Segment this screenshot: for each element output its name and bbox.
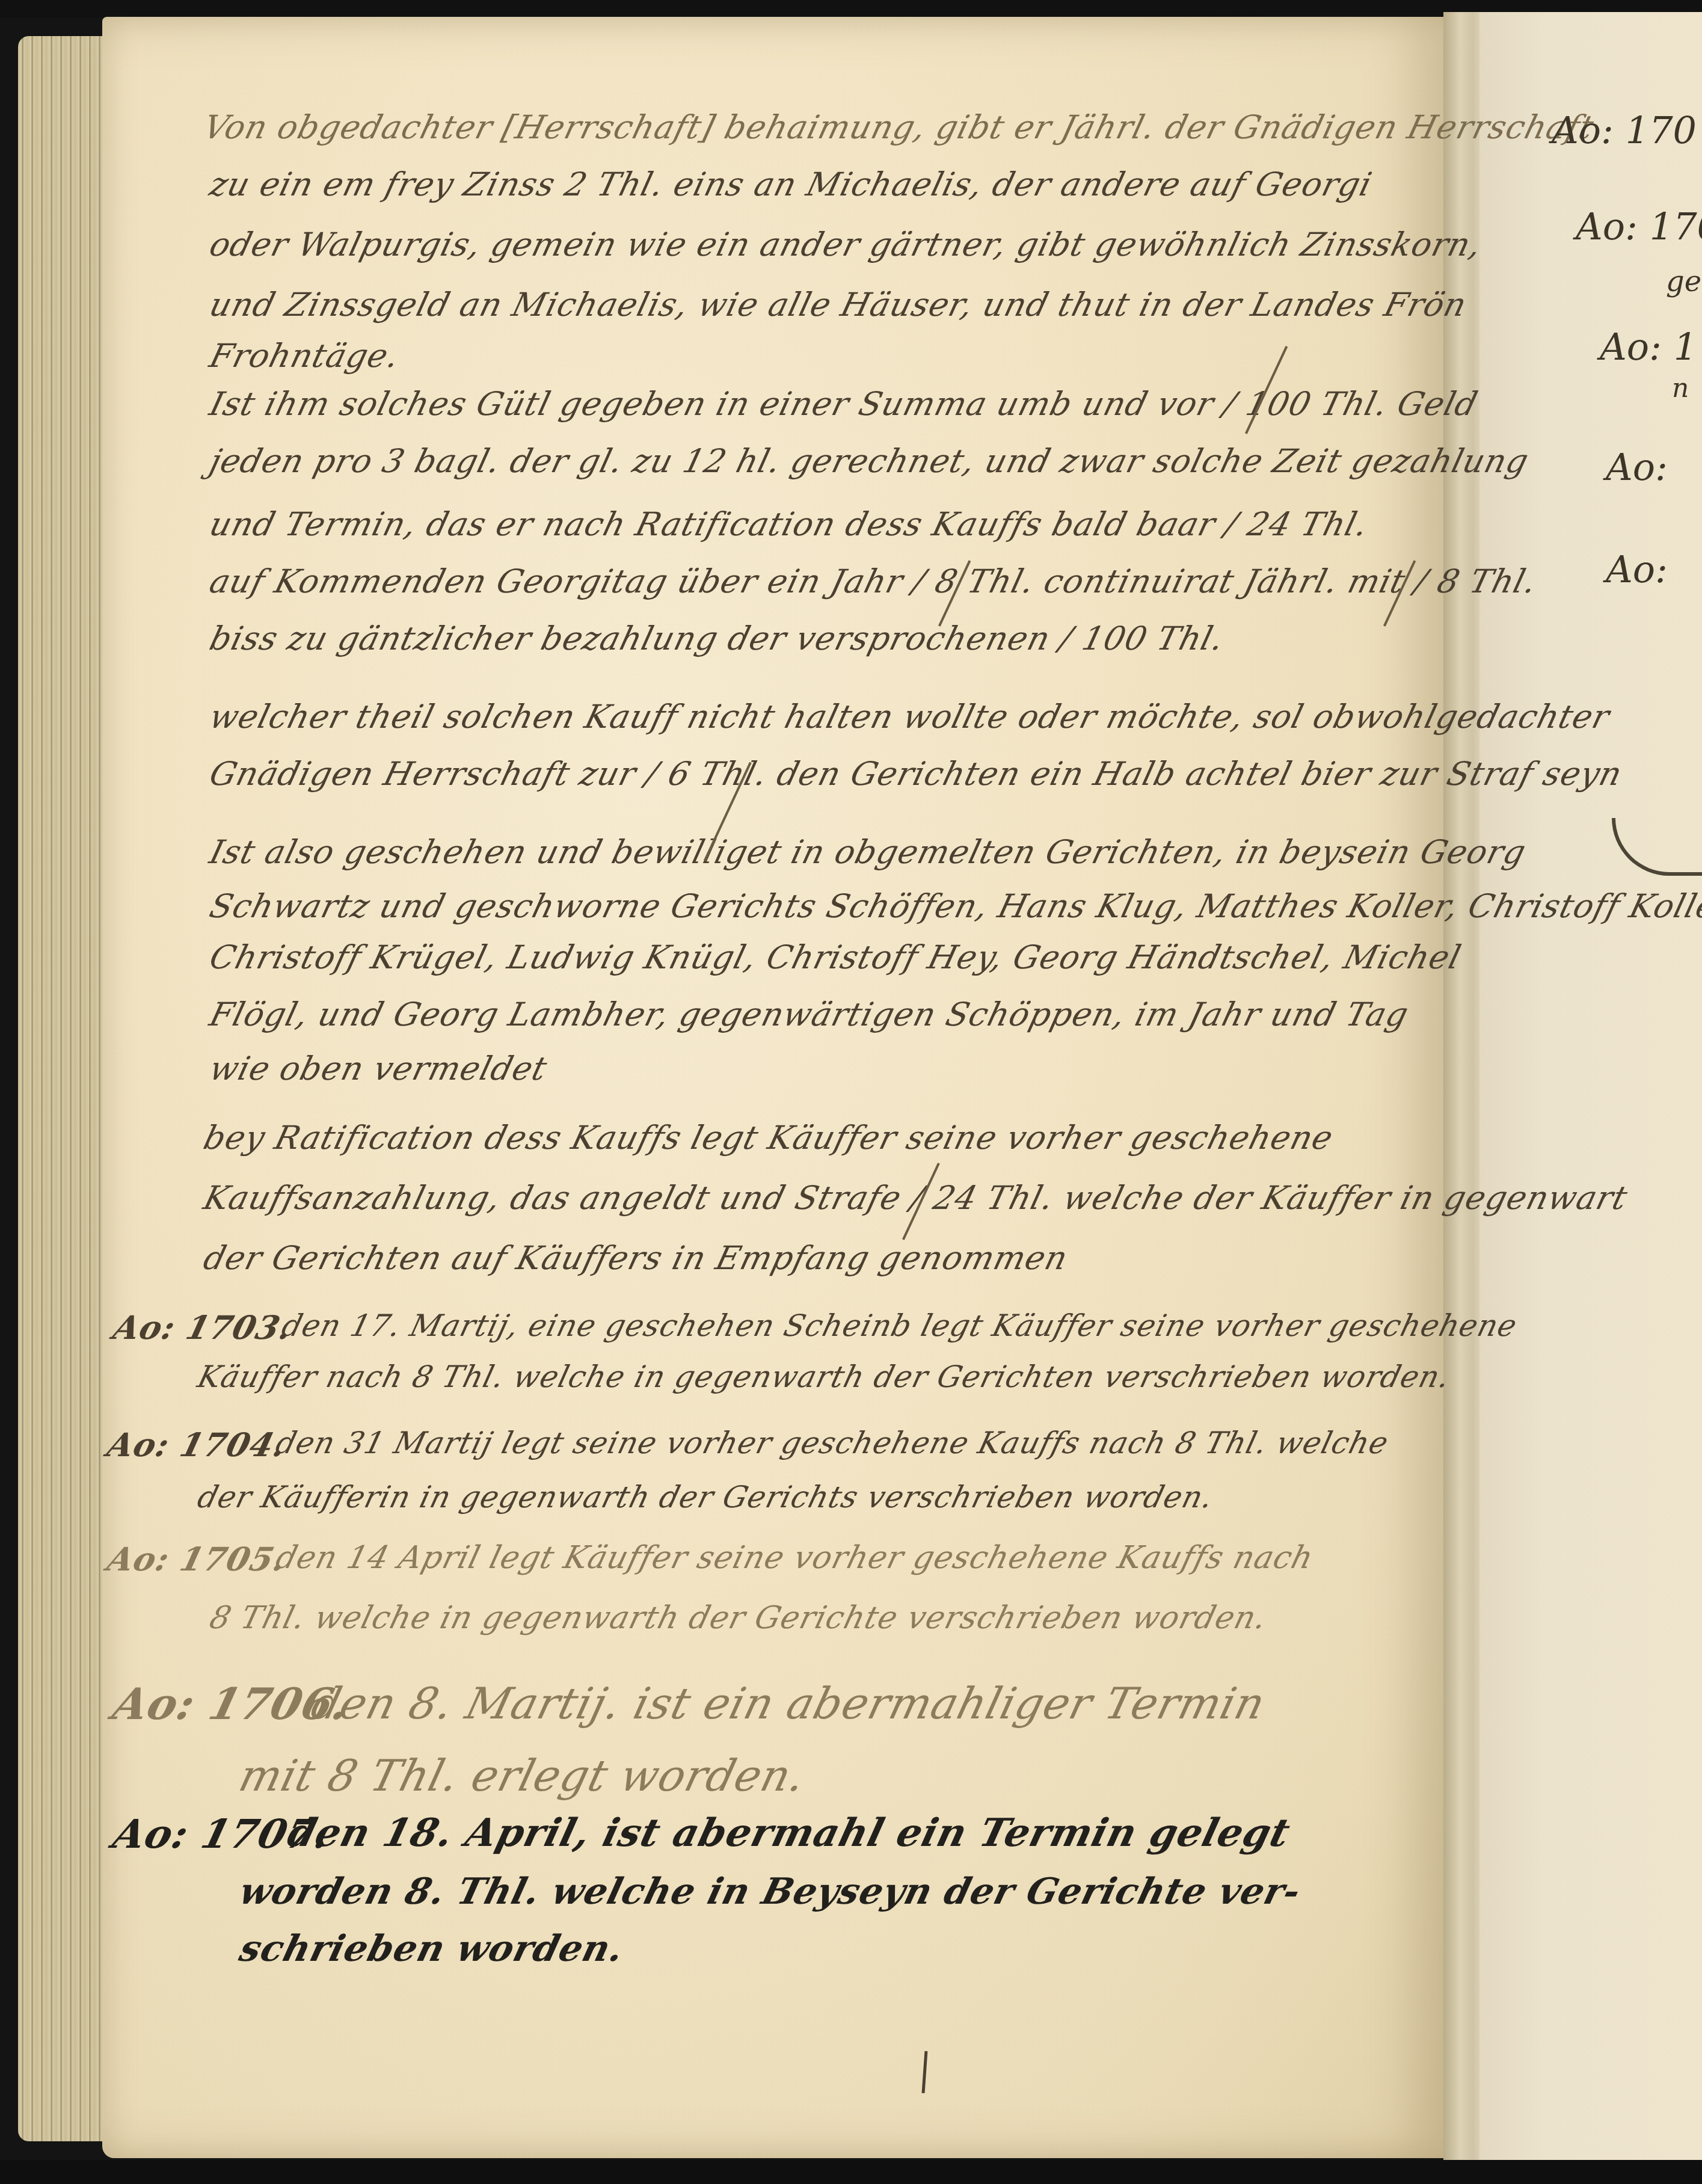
text-line: wie oben vermeldet [206,1050,551,1087]
text-line: Schwartz und geschworne Gerichts Schöffe… [206,887,1702,925]
entry-text: Käuffer nach 8 Thl. welche in gegenwarth… [194,1359,1454,1394]
text-line: oder Walpurgis, gemein wie ein ander gär… [206,226,1485,263]
text-line: welcher theil solchen Kauff nicht halten… [206,698,1614,736]
entry-year-1704: Ao: 1704. [103,1426,290,1464]
right-page-fragment: Ao: 1 [1600,325,1697,369]
entry-text: den 31 Martij legt seine vorher geschehe… [272,1426,1392,1460]
entry-text: den 14 April legt Käuffer seine vorher g… [272,1540,1318,1576]
entry-year-1705: Ao: 1705. [103,1540,290,1578]
entry-year-1703: Ao: 1703. [109,1308,296,1347]
text-line: Ist also geschehen und bewilliget in obg… [206,833,1530,871]
right-page-fragment: ge [1666,265,1701,298]
text-line: und Termin, das er nach Ratification des… [206,505,1372,543]
text-line: auf Kommenden Georgitag über ein Jahr / … [206,562,1541,600]
entry-text: den 8. Martij. ist ein abermahliger Term… [307,1678,1271,1729]
right-page-fragment: Ao: 170 [1576,205,1702,248]
text-line: Ist ihm solches Gütl gegeben in einer Su… [206,385,1482,423]
open-book: Von obgedachter [Herrschaft] behaimung, … [0,0,1702,2184]
entry-text: 8 Thl. welche in gegenwarth der Gerichte… [206,1600,1271,1636]
right-page-fragment: n [1672,373,1689,404]
text-line: Flögl, und Georg Lambher, gegenwärtigen … [206,995,1413,1033]
text-line: der Gerichten auf Käuffers in Empfang ge… [200,1239,1072,1277]
text-line: bey Ratification dess Kauffs legt Käuffe… [200,1119,1337,1157]
text-line: jeden pro 3 bagl. der gl. zu 12 hl. gere… [206,442,1533,480]
text-line: biss zu gäntzlicher bezahlung der verspr… [206,620,1228,657]
entry-text: der Käufferin in gegenwarth der Gerichts… [194,1480,1217,1515]
scan-bottom-border [0,2160,1702,2184]
right-page-fragment: Ao: 170 [1552,108,1697,152]
entry-text: den 17. Martij, eine geschehen Scheinb l… [278,1308,1521,1343]
text-line: Christoff Krügel, Ludwig Knügl, Christof… [206,938,1465,976]
entry-text: schrieben worden. [235,1928,628,1970]
right-page-fragment: Ao: [1606,445,1668,489]
entry-text: den 18. April, ist abermahl ein Termin g… [283,1810,1295,1856]
right-page-fragment: Ao: [1606,547,1668,591]
page-edges-stack [18,36,108,2141]
text-line: und Zinssgeld an Michaelis, wie alle Häu… [206,286,1470,324]
text-line: Von obgedachter [Herrschaft] behaimung, … [200,108,1598,146]
text-line: zu ein em frey Zinss 2 Thl. eins an Mich… [206,165,1376,203]
text-line: Frohntäge. [206,337,404,375]
entry-text: mit 8 Thl. erlegt worden. [235,1750,811,1801]
text-line: Gnädigen Herrschaft zur / 6 Thl. den Ger… [206,755,1626,793]
entry-text: worden 8. Thl. welche in Beyseyn der Ger… [235,1871,1305,1913]
